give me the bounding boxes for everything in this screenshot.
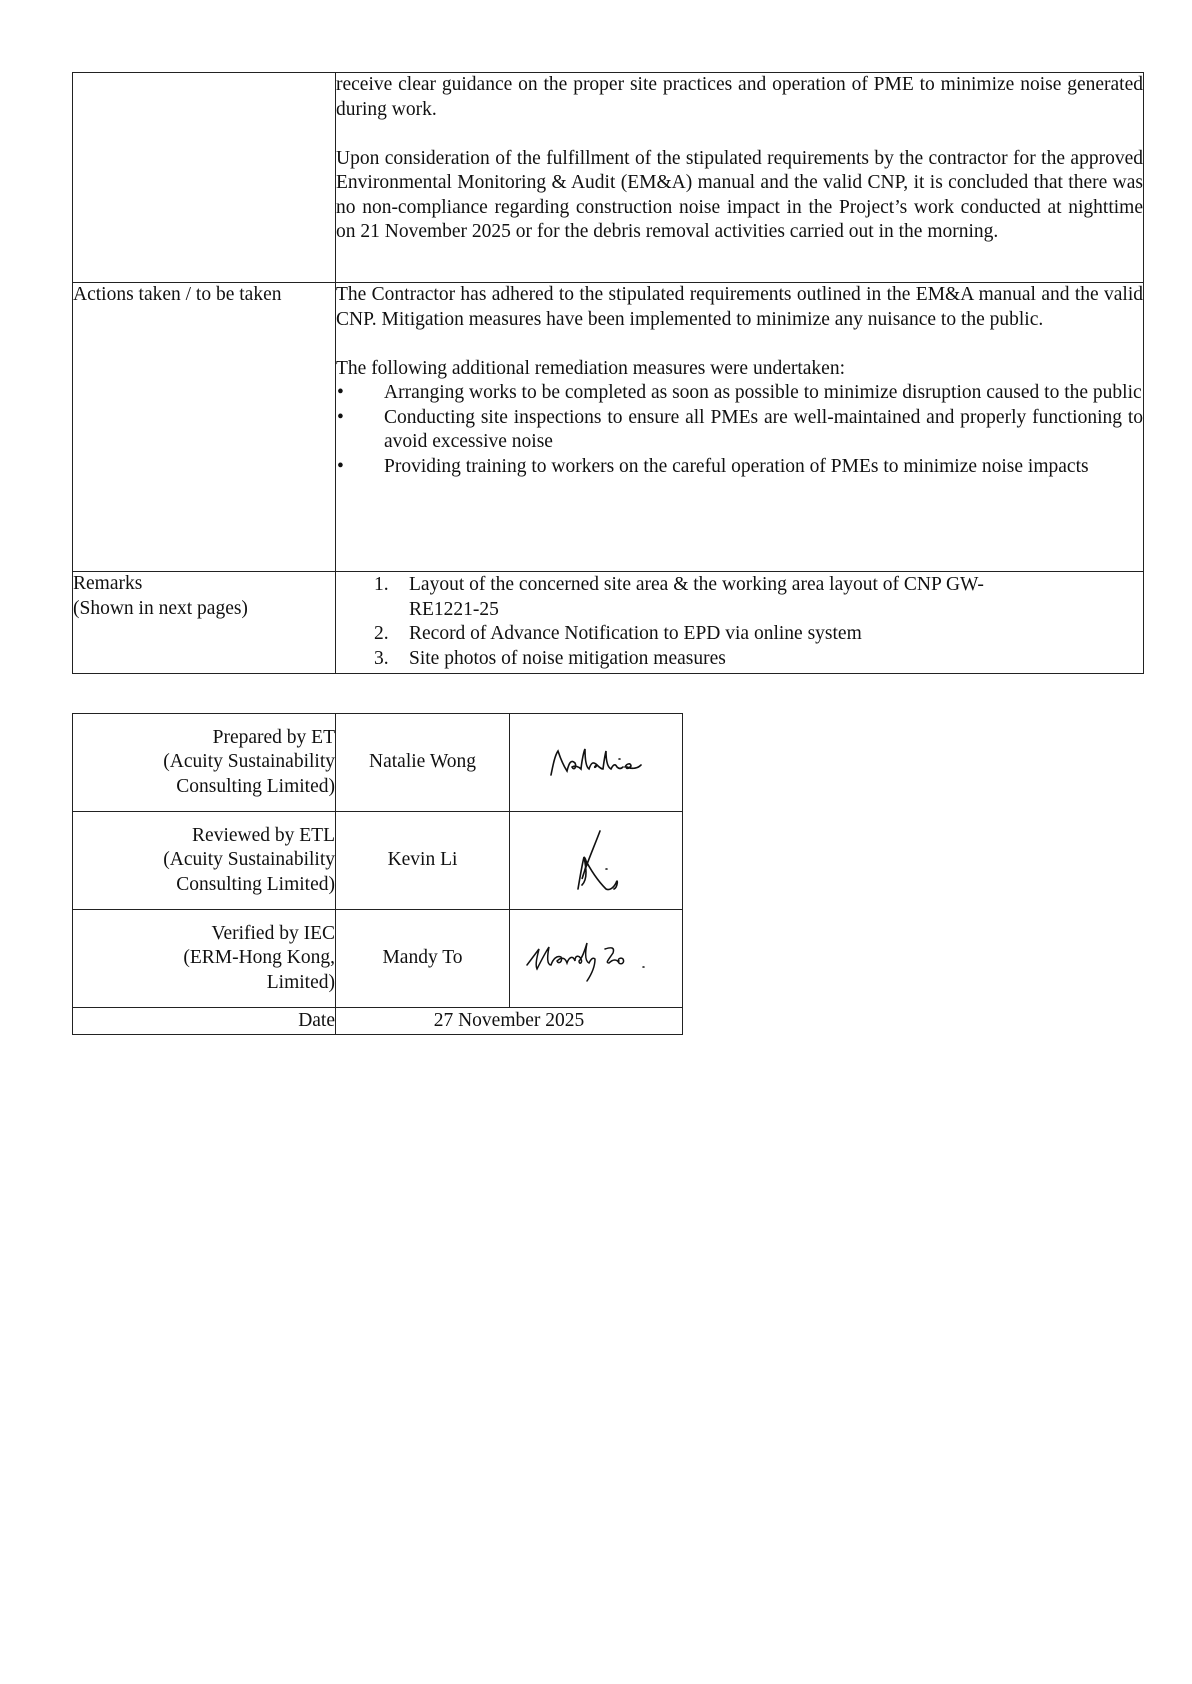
list-item: 3.Site photos of noise mitigation measur…	[374, 647, 1143, 672]
prepared-signature	[510, 714, 683, 812]
list-item: 2.Record of Advance Notification to EPD …	[374, 622, 1143, 647]
verified-signature	[510, 910, 683, 1008]
reviewed-signature	[510, 812, 683, 910]
reviewed-role: Reviewed by ETL (Acuity Sustainability C…	[73, 812, 336, 910]
signature-kevin-icon	[556, 821, 636, 901]
remarks-subtitle: (Shown in next pages)	[73, 597, 335, 622]
verified-row: Verified by IEC (ERM-Hong Kong, Limited)…	[73, 910, 683, 1008]
list-item: •Providing training to workers on the ca…	[336, 455, 1143, 480]
bullet-icon: •	[337, 455, 357, 480]
reviewed-name: Kevin Li	[336, 812, 510, 910]
reviewed-row: Reviewed by ETL (Acuity Sustainability C…	[73, 812, 683, 910]
incident-report-table: receive clear guidance on the proper sit…	[72, 72, 1144, 674]
signoff-table: Prepared by ET (Acuity Sustainability Co…	[72, 713, 683, 1035]
actions-intro: The following additional remediation mea…	[336, 357, 1143, 382]
remarks-title: Remarks	[73, 572, 335, 597]
verified-role: Verified by IEC (ERM-Hong Kong, Limited)	[73, 910, 336, 1008]
assessment-label	[73, 73, 336, 283]
assessment-paragraph-2: Upon consideration of the fulfillment of…	[336, 147, 1143, 245]
remarks-list: 1.Layout of the concerned site area & th…	[336, 573, 1143, 671]
date-value: 27 November 2025	[336, 1008, 683, 1035]
signature-natalie-icon	[541, 741, 651, 785]
prepared-role: Prepared by ET (Acuity Sustainability Co…	[73, 714, 336, 812]
remarks-row: Remarks (Shown in next pages) 1.Layout o…	[73, 572, 1144, 674]
date-row: Date 27 November 2025	[73, 1008, 683, 1035]
actions-label: Actions taken / to be taken	[73, 283, 336, 572]
assessment-paragraph-1: receive clear guidance on the proper sit…	[336, 73, 1143, 122]
bullet-icon: •	[337, 406, 357, 431]
prepared-name: Natalie Wong	[336, 714, 510, 812]
list-item: •Arranging works to be completed as soon…	[336, 381, 1143, 406]
signature-mandy-icon	[521, 929, 671, 989]
list-item: •Conducting site inspections to ensure a…	[336, 406, 1143, 455]
remarks-content: 1.Layout of the concerned site area & th…	[336, 572, 1144, 674]
actions-paragraph: The Contractor has adhered to the stipul…	[336, 283, 1143, 332]
remediation-measures-list: •Arranging works to be completed as soon…	[336, 381, 1143, 479]
date-label: Date	[73, 1008, 336, 1035]
remarks-label: Remarks (Shown in next pages)	[73, 572, 336, 674]
prepared-row: Prepared by ET (Acuity Sustainability Co…	[73, 714, 683, 812]
assessment-content: receive clear guidance on the proper sit…	[336, 73, 1144, 283]
list-item: 1.Layout of the concerned site area & th…	[374, 573, 1143, 622]
verified-name: Mandy To	[336, 910, 510, 1008]
bullet-icon: •	[337, 381, 357, 406]
actions-row: Actions taken / to be taken The Contract…	[73, 283, 1144, 572]
actions-content: The Contractor has adhered to the stipul…	[336, 283, 1144, 572]
assessment-row: receive clear guidance on the proper sit…	[73, 73, 1144, 283]
